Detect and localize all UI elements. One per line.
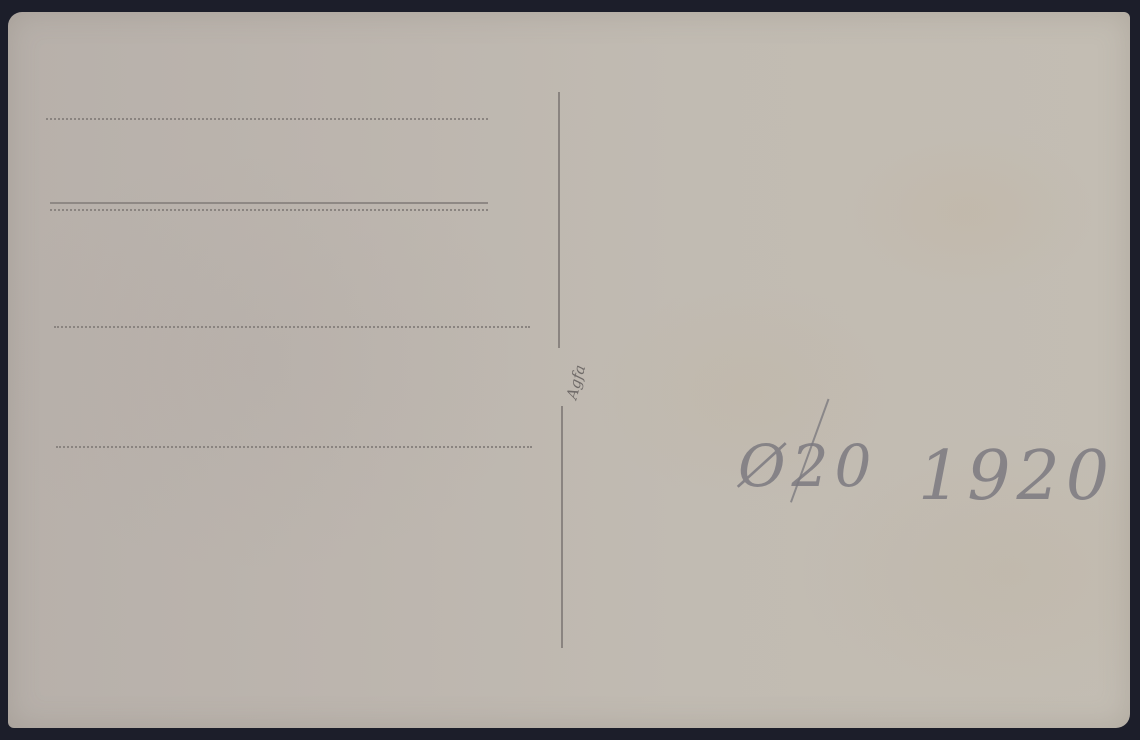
address-line-1 bbox=[46, 118, 488, 120]
handwritten-note-left: Ø20 bbox=[738, 432, 877, 500]
address-line-3 bbox=[54, 326, 530, 328]
handwritten-year: 1920 bbox=[918, 437, 1115, 516]
center-divider-bottom bbox=[561, 406, 563, 648]
address-line-2 bbox=[50, 209, 488, 211]
address-divider bbox=[50, 202, 488, 204]
center-divider-top bbox=[558, 92, 560, 348]
postcard-back: Agfa Ø20 1920 bbox=[8, 12, 1130, 728]
brand-mark: Agfa bbox=[556, 359, 595, 405]
address-line-4 bbox=[56, 446, 532, 448]
